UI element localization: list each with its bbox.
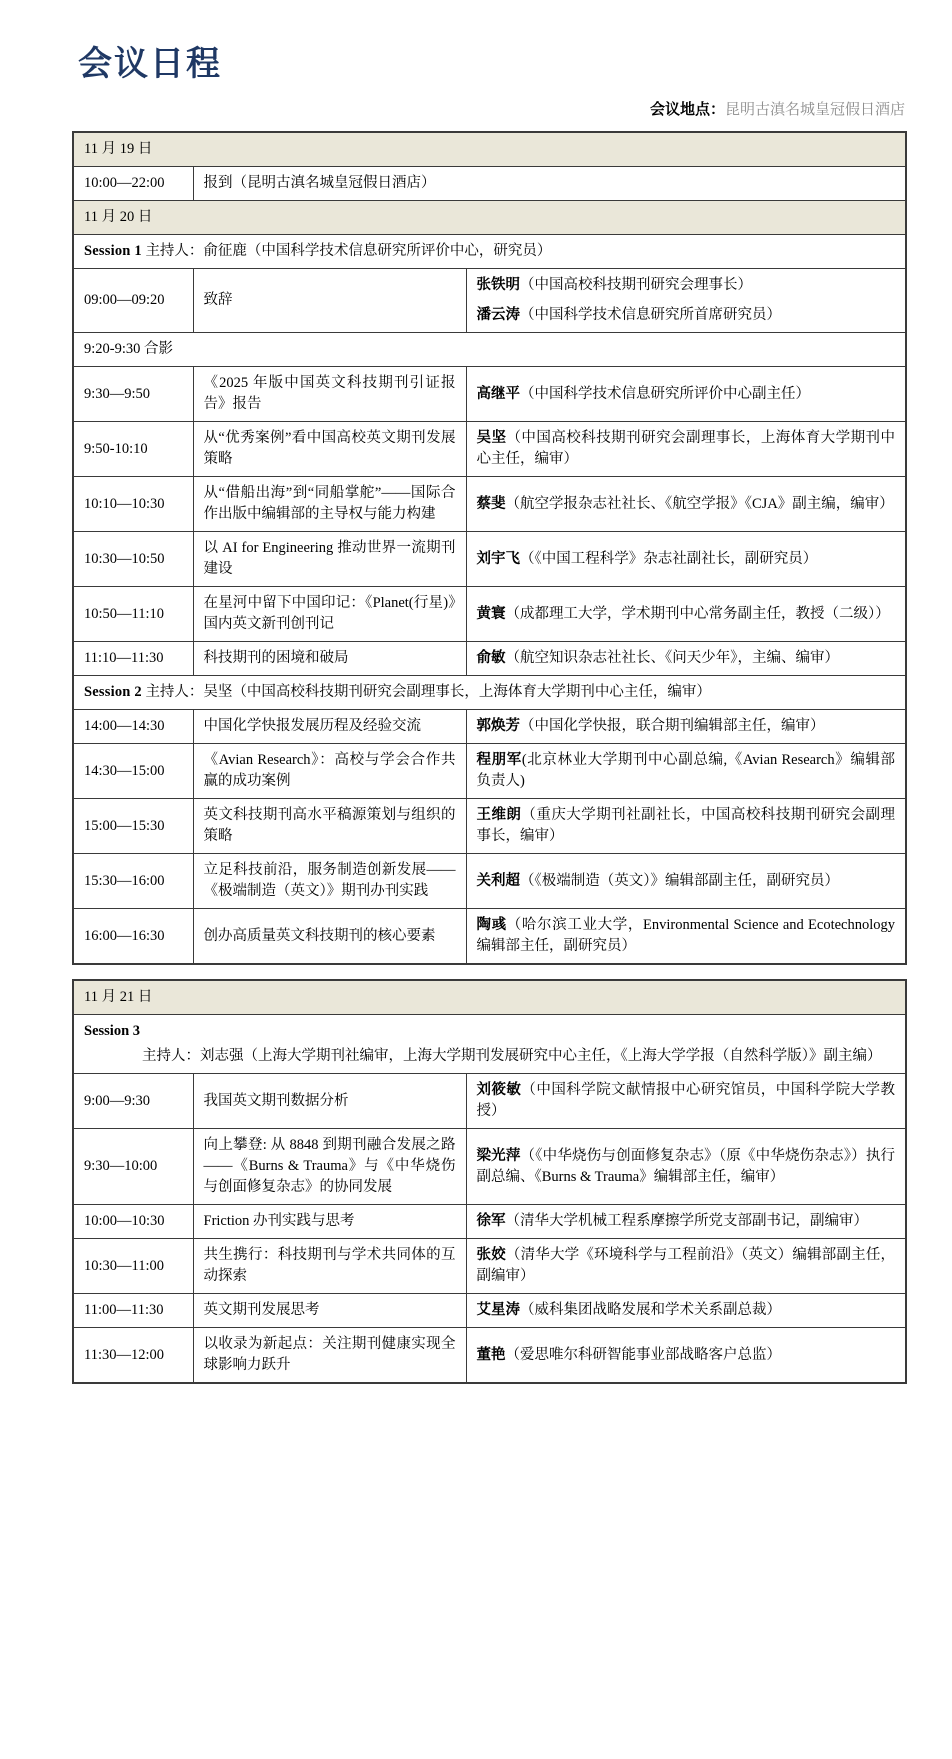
topic-cell: 中国化学快报发展历程及经验交流 <box>193 710 466 744</box>
topic-cell: 向上攀登: 从 8848 到期刊融合发展之路——《Burns & Trauma》… <box>193 1129 466 1205</box>
speaker-desc: （成都理工大学，学术期刊中心常务副主任，教授（二级）） <box>506 606 890 622</box>
time-label: 11:10—11:30 <box>84 650 163 666</box>
meeting-location: 会议地点：昆明古滇名城皇冠假日酒店 <box>72 99 905 121</box>
time-cell: 09:00—09:20 <box>73 269 193 333</box>
speaker-desc: （中国高校科技期刊研究会副理事长，上海体育大学期刊中心主任，编审） <box>477 430 896 467</box>
date-header-label: 11 月 20 日 <box>84 209 152 225</box>
topic-cell: 致辞 <box>193 269 466 333</box>
speaker-cell: 蔡斐（航空学报杂志社社长、《航空学报》《CJA》副主编，编审） <box>466 477 906 532</box>
speaker-cell: 张姣（清华大学《环境科学与工程前沿》（英文）编辑部副主任，副编审） <box>466 1239 906 1294</box>
speaker-name: 张姣 <box>477 1247 506 1263</box>
speaker-name: 潘云涛 <box>477 307 521 323</box>
topic-label: 创办高质量英文科技期刊的核心要素 <box>204 928 436 944</box>
speaker-cell: 王维朗（重庆大学期刊社副社长，中国高校科技期刊研究会副理事长，编审） <box>466 799 906 854</box>
speaker-entry: 刘筱敏（中国科学院文献情报中心研究馆员，中国科学院大学教授） <box>477 1080 896 1122</box>
speaker-cell: 关利超（《极端制造（英文）》编辑部副主任，副研究员） <box>466 854 906 909</box>
speaker-name: 黄寰 <box>477 606 506 622</box>
speaker-cell: 郭焕芳（中国化学快报，联合期刊编辑部主任，编审） <box>466 710 906 744</box>
speaker-name: 陶彧 <box>477 917 507 933</box>
time-cell: 10:50—11:10 <box>73 587 193 642</box>
schedule-row-session: Session 1 主持人：俞征鹿（中国科学技术信息研究所评价中心，研究员） <box>73 235 906 269</box>
speaker-desc: （《极端制造（英文）》编辑部副主任，副研究员） <box>520 873 839 889</box>
topic-label: 《2025 年版中国英文科技期刊引证报告》报告 <box>204 375 456 412</box>
speaker-name: 关利超 <box>477 873 521 889</box>
time-cell: 16:00—16:30 <box>73 909 193 965</box>
time-label: 10:30—11:00 <box>84 1258 164 1274</box>
speaker-cell: 梁光萍（《中华烧伤与创面修复杂志》（原《中华烧伤杂志》）执行副总编、《Burns… <box>466 1129 906 1205</box>
speaker-cell: 程朋军(北京林业大学期刊中心副总编,《Avian Research》编辑部负责人… <box>466 744 906 799</box>
session-header-cell: Session 2 主持人：吴坚（中国高校科技期刊研究会副理事长，上海体育大学期… <box>73 676 906 710</box>
session-label: Session 3 <box>84 1023 140 1039</box>
time-label: 9:30—10:00 <box>84 1158 157 1174</box>
topic-cell: 从“借船出海”到“同船掌舵”——国际合作出版中编辑部的主导权与能力构建 <box>193 477 466 532</box>
time-label: 15:30—16:00 <box>84 873 165 889</box>
date-header-cell: 11 月 20 日 <box>73 201 906 235</box>
date-header-cell: 11 月 19 日 <box>73 132 906 167</box>
schedule-row-talk: 9:50-10:10从“优秀案例”看中国高校英文期刊发展策略吴坚（中国高校科技期… <box>73 422 906 477</box>
group-photo-label: 9:20-9:30 合影 <box>84 341 173 357</box>
speaker-entry: 关利超（《极端制造（英文）》编辑部副主任，副研究员） <box>477 871 896 892</box>
schedule-row-date: 11 月 19 日 <box>73 132 906 167</box>
speaker-entry: 俞敏（航空知识杂志社社长、《问天少年》，主编、编审） <box>477 648 896 669</box>
speaker-entry: 徐军（清华大学机械工程系摩擦学所党支部副书记，副编审） <box>477 1211 896 1232</box>
schedule-table-day2: 11 月 21 日Session 3主持人：刘志强（上海大学期刊社编审，上海大学… <box>72 979 907 1384</box>
speaker-cell: 徐军（清华大学机械工程系摩擦学所党支部副书记，副编审） <box>466 1205 906 1239</box>
speaker-name: 蔡斐 <box>477 496 506 512</box>
speaker-desc: （哈尔滨工业大学，Environmental Science and Ecote… <box>477 917 896 954</box>
topic-label: 以 AI for Engineering 推动世界一流期刊建设 <box>204 540 456 577</box>
time-label: 10:00—22:00 <box>84 175 165 191</box>
topic-cell: 立足科技前沿，服务制造创新发展——《极端制造（英文）》期刊办刊实践 <box>193 854 466 909</box>
speaker-entry: 郭焕芳（中国化学快报，联合期刊编辑部主任，编审） <box>477 716 896 737</box>
schedule-row-talk: 10:10—10:30从“借船出海”到“同船掌舵”——国际合作出版中编辑部的主导… <box>73 477 906 532</box>
schedule-row-session: Session 2 主持人：吴坚（中国高校科技期刊研究会副理事长，上海体育大学期… <box>73 676 906 710</box>
time-cell: 10:00—22:00 <box>73 167 193 201</box>
time-cell: 10:30—10:50 <box>73 532 193 587</box>
speaker-entry: 梁光萍（《中华烧伤与创面修复杂志》（原《中华烧伤杂志》）执行副总编、《Burns… <box>477 1146 896 1188</box>
speaker-entry: 王维朗（重庆大学期刊社副社长，中国高校科技期刊研究会副理事长，编审） <box>477 805 896 847</box>
speaker-entry: 艾星涛（威科集团战略发展和学术关系副总裁） <box>477 1300 896 1321</box>
speaker-name: 艾星涛 <box>477 1302 521 1318</box>
schedule-row-full: 9:20-9:30 合影 <box>73 333 906 367</box>
speaker-name: 郭焕芳 <box>477 718 521 734</box>
speaker-cell: 张铁明（中国高校科技期刊研究会理事长）潘云涛（中国科学技术信息研究所首席研究员） <box>466 269 906 333</box>
document-page: 会议日程 会议地点：昆明古滇名城皇冠假日酒店 11 月 19 日10:00—22… <box>0 0 952 1759</box>
time-cell: 10:30—11:00 <box>73 1239 193 1294</box>
speaker-cell: 艾星涛（威科集团战略发展和学术关系副总裁） <box>466 1294 906 1328</box>
speaker-cell: 俞敏（航空知识杂志社社长、《问天少年》，主编、编审） <box>466 642 906 676</box>
schedule-row-talk: 11:10—11:30科技期刊的困境和破局俞敏（航空知识杂志社社长、《问天少年》… <box>73 642 906 676</box>
topic-label: 致辞 <box>204 292 233 308</box>
speaker-entry: 张铁明（中国高校科技期刊研究会理事长） <box>477 275 896 296</box>
speaker-cell: 黄寰（成都理工大学，学术期刊中心常务副主任，教授（二级）） <box>466 587 906 642</box>
speaker-desc: (北京林业大学期刊中心副总编,《Avian Research》编辑部负责人) <box>477 752 896 789</box>
speaker-desc: （中国科学技术信息研究所首席研究员） <box>520 307 781 323</box>
speaker-desc: （《中国工程科学》杂志社副社长，副研究员） <box>520 551 817 567</box>
speaker-name: 吴坚 <box>477 430 507 446</box>
speaker-desc: （中国高校科技期刊研究会理事长） <box>520 277 752 293</box>
speaker-name: 徐军 <box>477 1213 506 1229</box>
schedule-row-talk: 09:00—09:20致辞张铁明（中国高校科技期刊研究会理事长）潘云涛（中国科学… <box>73 269 906 333</box>
session-label: Session 1 <box>84 243 142 259</box>
group-photo-cell: 9:20-9:30 合影 <box>73 333 906 367</box>
speaker-desc: （《中华烧伤与创面修复杂志》（原《中华烧伤杂志》）执行副总编、《Burns & … <box>477 1148 896 1185</box>
time-cell: 14:30—15:00 <box>73 744 193 799</box>
schedule-row-talk: 14:00—14:30中国化学快报发展历程及经验交流郭焕芳（中国化学快报，联合期… <box>73 710 906 744</box>
time-cell: 9:30—10:00 <box>73 1129 193 1205</box>
topic-label: 中国化学快报发展历程及经验交流 <box>204 718 422 734</box>
session-header-cell: Session 1 主持人：俞征鹿（中国科学技术信息研究所评价中心，研究员） <box>73 235 906 269</box>
speaker-entry: 潘云涛（中国科学技术信息研究所首席研究员） <box>477 305 896 326</box>
topic-label: 从“优秀案例”看中国高校英文期刊发展策略 <box>204 430 456 467</box>
topic-label: 英文科技期刊高水平稿源策划与组织的策略 <box>204 807 456 844</box>
page-title: 会议日程 <box>78 36 905 85</box>
speaker-entry: 刘宇飞（《中国工程科学》杂志社副社长，副研究员） <box>477 549 896 570</box>
time-label: 14:30—15:00 <box>84 763 165 779</box>
time-label: 11:30—12:00 <box>84 1347 164 1363</box>
time-label: 15:00—15:30 <box>84 818 165 834</box>
session-host-text: 主持人：俞征鹿（中国科学技术信息研究所评价中心，研究员） <box>142 243 552 259</box>
speaker-entry: 黄寰（成都理工大学，学术期刊中心常务副主任，教授（二级）） <box>477 604 896 625</box>
speaker-desc: （爱思唯尔科研智能事业部战略客户总监） <box>506 1347 782 1363</box>
schedule-row-talk: 10:50—11:10在星河中留下中国印记：《Planet(行星)》国内英文新刊… <box>73 587 906 642</box>
topic-label: 英文期刊发展思考 <box>204 1302 320 1318</box>
speaker-entry: 吴坚（中国高校科技期刊研究会副理事长，上海体育大学期刊中心主任，编审） <box>477 428 896 470</box>
session-host-text: 主持人：吴坚（中国高校科技期刊研究会副理事长，上海体育大学期刊中心主任，编审） <box>142 684 711 700</box>
topic-cell: 《Avian Research》：高校与学会合作共赢的成功案例 <box>193 744 466 799</box>
time-label: 09:00—09:20 <box>84 292 165 308</box>
time-cell: 14:00—14:30 <box>73 710 193 744</box>
schedule-row-date: 11 月 20 日 <box>73 201 906 235</box>
meeting-location-label: 会议地点： <box>650 102 725 118</box>
time-label: 9:30—9:50 <box>84 386 150 402</box>
schedule-row-talk: 9:00—9:30我国英文期刊数据分析刘筱敏（中国科学院文献情报中心研究馆员，中… <box>73 1074 906 1129</box>
speaker-name: 俞敏 <box>477 650 506 666</box>
time-label: 10:50—11:10 <box>84 606 164 622</box>
speaker-name: 王维朗 <box>477 807 522 823</box>
topic-cell: 从“优秀案例”看中国高校英文期刊发展策略 <box>193 422 466 477</box>
speaker-desc: （航空学报杂志社社长、《航空学报》《CJA》副主编，编审） <box>506 496 894 512</box>
speaker-desc: （中国化学快报，联合期刊编辑部主任，编审） <box>520 718 825 734</box>
schedule-row-talk: 11:00—11:30英文期刊发展思考艾星涛（威科集团战略发展和学术关系副总裁） <box>73 1294 906 1328</box>
topic-cell: 以 AI for Engineering 推动世界一流期刊建设 <box>193 532 466 587</box>
session-host-line: 主持人：刘志强（上海大学期刊社编审，上海大学期刊发展研究中心主任，《上海大学学报… <box>84 1046 895 1067</box>
speaker-entry: 陶彧（哈尔滨工业大学，Environmental Science and Eco… <box>477 915 896 957</box>
speaker-entry: 张姣（清华大学《环境科学与工程前沿》（英文）编辑部副主任，副编审） <box>477 1245 896 1287</box>
time-label: 10:00—10:30 <box>84 1213 165 1229</box>
schedule-row-talk: 11:30—12:00以收录为新起点：关注期刊健康实现全球影响力跃升董艳（爱思唯… <box>73 1328 906 1384</box>
topic-cell: 英文期刊发展思考 <box>193 1294 466 1328</box>
speaker-cell: 高继平（中国科学技术信息研究所评价中心副主任） <box>466 367 906 422</box>
time-label: 10:10—10:30 <box>84 496 165 512</box>
speaker-cell: 陶彧（哈尔滨工业大学，Environmental Science and Eco… <box>466 909 906 965</box>
topic-cell: 科技期刊的困境和破局 <box>193 642 466 676</box>
session-label: Session 2 <box>84 684 142 700</box>
topic-cell: 创办高质量英文科技期刊的核心要素 <box>193 909 466 965</box>
schedule-row-talk: 15:00—15:30英文科技期刊高水平稿源策划与组织的策略王维朗（重庆大学期刊… <box>73 799 906 854</box>
activity-cell: 报到（昆明古滇名城皇冠假日酒店） <box>193 167 906 201</box>
topic-label: 以收录为新起点：关注期刊健康实现全球影响力跃升 <box>204 1336 456 1373</box>
time-cell: 11:30—12:00 <box>73 1328 193 1384</box>
schedule-row-talk: 10:30—11:00共生携行：科技期刊与学术共同体的互动探索张姣（清华大学《环… <box>73 1239 906 1294</box>
topic-cell: 英文科技期刊高水平稿源策划与组织的策略 <box>193 799 466 854</box>
topic-cell: 共生携行：科技期刊与学术共同体的互动探索 <box>193 1239 466 1294</box>
speaker-name: 梁光萍 <box>477 1148 521 1164</box>
speaker-name: 高继平 <box>477 386 521 402</box>
time-cell: 9:30—9:50 <box>73 367 193 422</box>
topic-label: 向上攀登: 从 8848 到期刊融合发展之路——《Burns & Trauma》… <box>204 1137 456 1195</box>
speaker-entry: 程朋军(北京林业大学期刊中心副总编,《Avian Research》编辑部负责人… <box>477 750 896 792</box>
topic-label: 立足科技前沿，服务制造创新发展——《极端制造（英文）》期刊办刊实践 <box>204 862 456 899</box>
topic-label: 从“借船出海”到“同船掌舵”——国际合作出版中编辑部的主导权与能力构建 <box>204 485 456 522</box>
speaker-entry: 高继平（中国科学技术信息研究所评价中心副主任） <box>477 384 896 405</box>
speaker-name: 程朋军 <box>477 752 522 768</box>
speaker-name: 董艳 <box>477 1347 506 1363</box>
speaker-name: 张铁明 <box>477 277 521 293</box>
time-cell: 11:10—11:30 <box>73 642 193 676</box>
session-label-line: Session 3 <box>84 1021 895 1042</box>
speaker-desc: （中国科学院文献情报中心研究馆员，中国科学院大学教授） <box>477 1082 896 1119</box>
schedule-row-session2: Session 3主持人：刘志强（上海大学期刊社编审，上海大学期刊发展研究中心主… <box>73 1015 906 1074</box>
speaker-cell: 董艳（爱思唯尔科研智能事业部战略客户总监） <box>466 1328 906 1384</box>
topic-label: 共生携行：科技期刊与学术共同体的互动探索 <box>204 1247 456 1284</box>
speaker-entry: 董艳（爱思唯尔科研智能事业部战略客户总监） <box>477 1345 896 1366</box>
schedule-row-talk: 10:30—10:50以 AI for Engineering 推动世界一流期刊… <box>73 532 906 587</box>
schedule-row-talk: 9:30—10:00向上攀登: 从 8848 到期刊融合发展之路——《Burns… <box>73 1129 906 1205</box>
schedule-row-talk: 15:30—16:00立足科技前沿，服务制造创新发展——《极端制造（英文）》期刊… <box>73 854 906 909</box>
topic-cell: 在星河中留下中国印记：《Planet(行星)》国内英文新刊创刊记 <box>193 587 466 642</box>
speaker-desc: （清华大学机械工程系摩擦学所党支部副书记，副编审） <box>506 1213 869 1229</box>
activity-label: 报到（昆明古滇名城皇冠假日酒店） <box>204 175 436 191</box>
speaker-desc: （清华大学《环境科学与工程前沿》（英文）编辑部副主任，副编审） <box>477 1247 896 1284</box>
schedule-row-talk: 14:30—15:00《Avian Research》：高校与学会合作共赢的成功… <box>73 744 906 799</box>
time-label: 14:00—14:30 <box>84 718 165 734</box>
topic-cell: 《2025 年版中国英文科技期刊引证报告》报告 <box>193 367 466 422</box>
topic-label: 在星河中留下中国印记：《Planet(行星)》国内英文新刊创刊记 <box>204 595 456 632</box>
speaker-cell: 刘筱敏（中国科学院文献情报中心研究馆员，中国科学院大学教授） <box>466 1074 906 1129</box>
speaker-desc: （威科集团战略发展和学术关系副总裁） <box>520 1302 781 1318</box>
speaker-name: 刘宇飞 <box>477 551 521 567</box>
date-header-label: 11 月 19 日 <box>84 141 152 157</box>
schedule-row-span2: 10:00—22:00报到（昆明古滇名城皇冠假日酒店） <box>73 167 906 201</box>
speaker-desc: （航空知识杂志社社长、《问天少年》，主编、编审） <box>506 650 840 666</box>
topic-label: 我国英文期刊数据分析 <box>204 1093 349 1109</box>
date-header-label: 11 月 21 日 <box>84 989 152 1005</box>
time-label: 10:30—10:50 <box>84 551 165 567</box>
time-label: 9:00—9:30 <box>84 1093 150 1109</box>
time-cell: 10:00—10:30 <box>73 1205 193 1239</box>
time-cell: 9:00—9:30 <box>73 1074 193 1129</box>
topic-cell: Friction 办刊实践与思考 <box>193 1205 466 1239</box>
topic-label: 《Avian Research》：高校与学会合作共赢的成功案例 <box>204 752 456 789</box>
topic-label: 科技期刊的困境和破局 <box>204 650 349 666</box>
time-cell: 15:30—16:00 <box>73 854 193 909</box>
time-cell: 9:50-10:10 <box>73 422 193 477</box>
schedule-table-day1: 11 月 19 日10:00—22:00报到（昆明古滇名城皇冠假日酒店）11 月… <box>72 131 907 965</box>
time-cell: 10:10—10:30 <box>73 477 193 532</box>
time-label: 16:00—16:30 <box>84 928 165 944</box>
speaker-cell: 吴坚（中国高校科技期刊研究会副理事长，上海体育大学期刊中心主任，编审） <box>466 422 906 477</box>
speaker-entry: 蔡斐（航空学报杂志社社长、《航空学报》《CJA》副主编，编审） <box>477 494 896 515</box>
speaker-cell: 刘宇飞（《中国工程科学》杂志社副社长，副研究员） <box>466 532 906 587</box>
date-header-cell: 11 月 21 日 <box>73 980 906 1015</box>
time-cell: 11:00—11:30 <box>73 1294 193 1328</box>
speaker-desc: （重庆大学期刊社副社长，中国高校科技期刊研究会副理事长，编审） <box>477 807 896 844</box>
speaker-desc: （中国科学技术信息研究所评价中心副主任） <box>520 386 810 402</box>
topic-cell: 我国英文期刊数据分析 <box>193 1074 466 1129</box>
time-label: 9:50-10:10 <box>84 441 148 457</box>
session-header-cell: Session 3主持人：刘志强（上海大学期刊社编审，上海大学期刊发展研究中心主… <box>73 1015 906 1074</box>
time-cell: 15:00—15:30 <box>73 799 193 854</box>
schedule-row-date: 11 月 21 日 <box>73 980 906 1015</box>
schedule-row-talk: 10:00—10:30Friction 办刊实践与思考徐军（清华大学机械工程系摩… <box>73 1205 906 1239</box>
topic-label: Friction 办刊实践与思考 <box>204 1213 355 1229</box>
schedule-row-talk: 16:00—16:30创办高质量英文科技期刊的核心要素陶彧（哈尔滨工业大学，En… <box>73 909 906 965</box>
speaker-name: 刘筱敏 <box>477 1082 522 1098</box>
time-label: 11:00—11:30 <box>84 1302 163 1318</box>
schedule-row-talk: 9:30—9:50《2025 年版中国英文科技期刊引证报告》报告高继平（中国科学… <box>73 367 906 422</box>
topic-cell: 以收录为新起点：关注期刊健康实现全球影响力跃升 <box>193 1328 466 1384</box>
meeting-location-value: 昆明古滇名城皇冠假日酒店 <box>725 102 905 118</box>
